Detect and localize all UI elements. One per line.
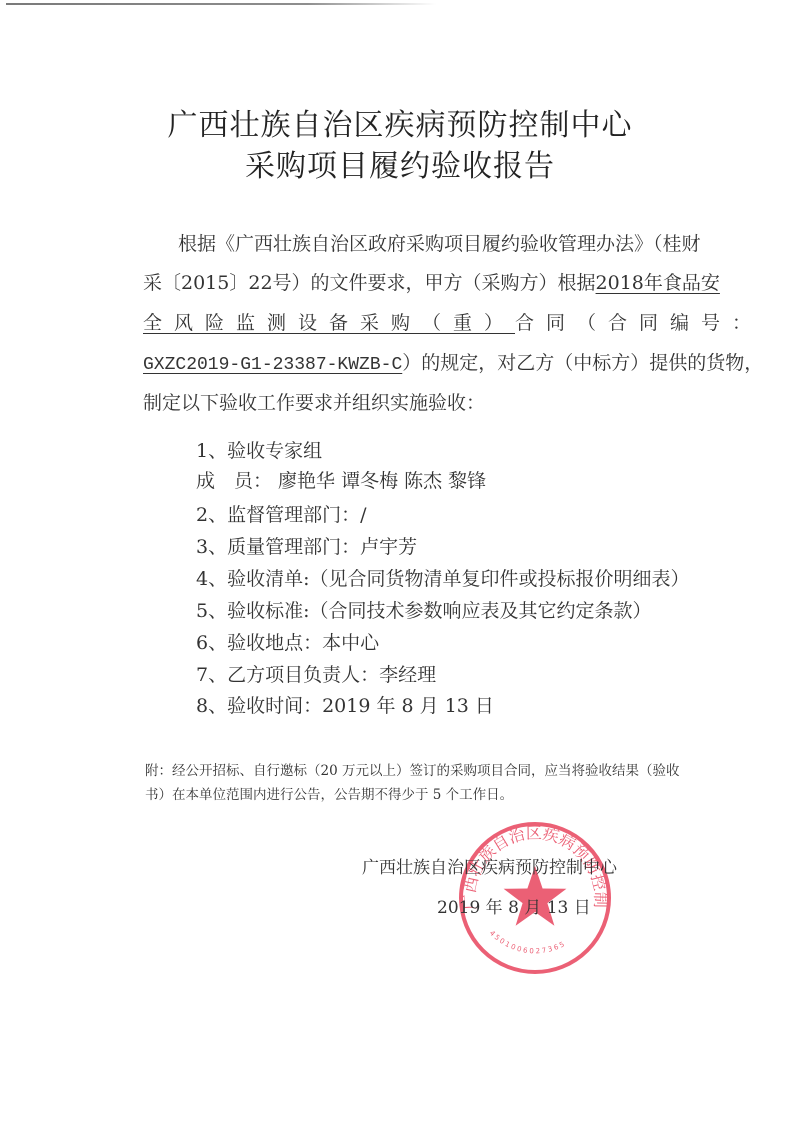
item-members: 成 员： 廖艳华 谭冬梅 陈杰 黎锋	[196, 467, 486, 495]
item-acceptance-standard: 5、验收标准:（合同技术参数响应表及其它约定条款）	[196, 597, 652, 625]
note-line-2: 书）在本单位范围内进行公告，公告期不得少于 5 个工作日。	[145, 783, 705, 807]
contract-number: GXZC2019-G1-23387-KWZB-C	[143, 355, 402, 375]
item-acceptance-date: 8、验收时间：2019 年 8 月 13 日	[196, 692, 494, 720]
scan-edge-line	[6, 3, 436, 5]
item-project-manager: 7、乙方项目负责人：李经理	[196, 661, 436, 689]
intro-line-1: 根据《广西壮族自治区政府采购项目履约验收管理办法》（桂财	[178, 230, 698, 258]
intro-line-3: 全风险监测设备采购（重） 合同（合同编号：	[143, 309, 691, 337]
note-line-1: 附：经公开招标、自行邀标（20 万元以上）签订的采购项目合同，应当将验收结果（验…	[145, 759, 705, 783]
document-title-line2: 采购项目履约验收报告	[0, 141, 800, 185]
intro-line-4-suffix: ）的规定，对乙方（中标方）提供的货物，	[402, 352, 763, 374]
item-quality-dept: 3、质量管理部门：卢宇芳	[196, 533, 417, 561]
project-name-part2: 全风险监测设备采购（重）	[143, 309, 515, 337]
signature-organization: 广西壮族自治区疾病预防控制中心	[362, 853, 617, 878]
seal-number: 4501006027365	[488, 929, 568, 955]
item-acceptance-list: 4、验收清单:（见合同货物清单复印件或投标报价明细表）	[196, 565, 690, 593]
intro-line-4: GXZC2019-G1-23387-KWZB-C）的规定，对乙方（中标方）提供的…	[143, 349, 691, 377]
item-acceptance-expert-group: 1、验收专家组	[196, 437, 322, 465]
contract-number-label: 合同（合同编号：	[515, 309, 763, 337]
intro-line-5: 制定以下验收工作要求并组织实施验收：	[143, 389, 691, 417]
document-title-line1: 广西壮族自治区疾病预防控制中心	[0, 100, 800, 144]
intro-line-2-prefix: 采〔2015〕22号）的文件要求，甲方（采购方）根据	[143, 272, 596, 294]
svg-text:4501006027365: 4501006027365	[488, 929, 568, 955]
item-supervision-dept: 2、监督管理部门：/	[196, 501, 367, 529]
intro-line-2: 采〔2015〕22号）的文件要求，甲方（采购方）根据2018年食品安	[143, 269, 691, 297]
signature-date: 2019 年 8 月 13 日	[437, 893, 591, 918]
item-acceptance-location: 6、验收地点：本中心	[196, 629, 379, 657]
project-name-part1: 2018年食品安	[596, 272, 720, 294]
